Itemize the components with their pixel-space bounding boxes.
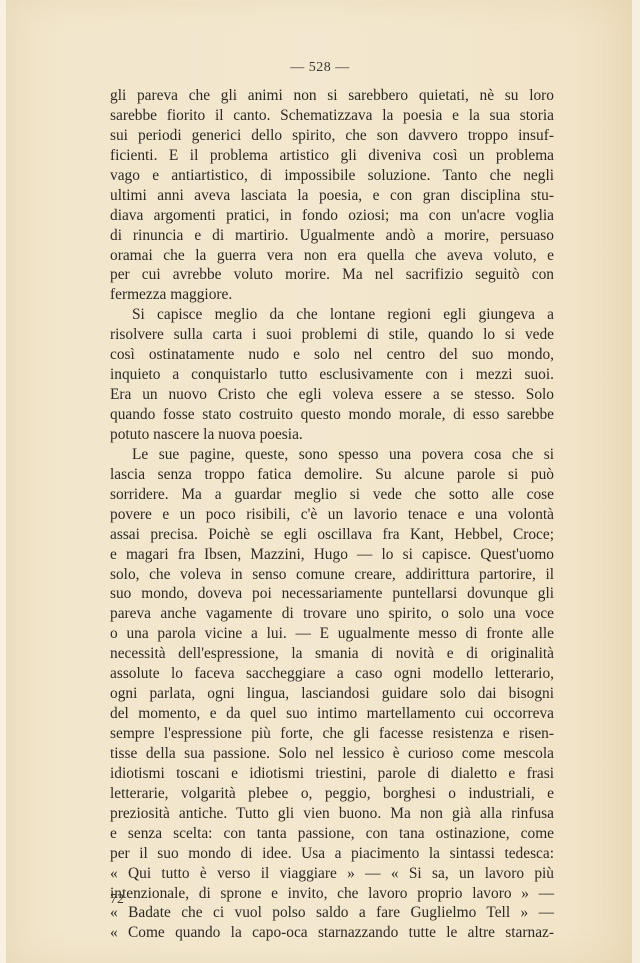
text-line: sui periodi generici dello spirito, che … [110, 126, 554, 146]
text-line: ficienti. E il problema artistico gli di… [110, 146, 554, 166]
text-line: « Qui tutto è verso il viaggiare » — « S… [110, 864, 554, 884]
body-text: gli pareva che gli animi non si sarebber… [110, 86, 554, 943]
text-line: di rinuncia e di martirio. Ugualmente an… [110, 226, 554, 246]
text-line: ogni parlata, ogni lingua, lasciandosi g… [110, 684, 554, 704]
text-line: oramai che la guerra vera non era quella… [110, 246, 554, 266]
text-line: « Badate che ci vuol polso saldo a fare … [110, 903, 554, 923]
printer-signature-mark: 72 [110, 892, 124, 908]
text-line: « Come quando la capo-oca starnazzando t… [110, 923, 554, 943]
text-line: assai precisa. Poichè se egli oscillava … [110, 525, 554, 545]
text-line: Era un nuovo Cristo che egli voleva esse… [110, 385, 554, 405]
text-line: suo mondo, doveva poi necessariamente pu… [110, 584, 554, 604]
text-line: tisse della sua passione. Solo nel lessi… [110, 744, 554, 764]
text-line: solo, che voleva in senso comune creare,… [110, 565, 554, 585]
text-line: povere e un poco risibili, c'è un lavori… [110, 505, 554, 525]
text-line: necessità dell'espressione, la smania di… [110, 644, 554, 664]
text-line: fermezza maggiore. [110, 285, 554, 305]
text-line: lascia senza troppo fatica demolire. Su … [110, 465, 554, 485]
text-line: o una parola vicine a lui. — E ugualment… [110, 624, 554, 644]
text-line: intenzionale, di sprone e invito, che la… [110, 884, 554, 904]
text-line: gli pareva che gli animi non si sarebber… [110, 86, 554, 106]
text-line: sempre l'espressione più forte, che gli … [110, 724, 554, 744]
text-line: così ostinatamente nudo e solo nel centr… [110, 345, 554, 365]
text-line: per il suo mondo di idee. Usa a piacimen… [110, 844, 554, 864]
text-line: per cui avrebbe voluto morire. Ma nel sa… [110, 265, 554, 285]
text-line: risolvere sulla carta i suoi problemi di… [110, 325, 554, 345]
text-line: ultimi anni aveva lasciata la poesia, e … [110, 186, 554, 206]
text-line: e senza scelta: con tanta passione, con … [110, 824, 554, 844]
text-line: sarebbe fiorito il canto. Schematizzava … [110, 106, 554, 126]
text-line: assolute lo faceva saccheggiare a caso o… [110, 664, 554, 684]
text-line: potuto nascere la nuova poesia. [110, 425, 554, 445]
text-line: idiotismi toscani e idiotismi triestini,… [110, 764, 554, 784]
text-line: Le sue pagine, queste, sono spesso una p… [110, 445, 554, 465]
paragraph: gli pareva che gli animi non si sarebber… [110, 86, 554, 305]
text-line: sorridere. Ma a guardar meglio si vede c… [110, 485, 554, 505]
text-line: quando fosse stato costruito questo mond… [110, 405, 554, 425]
text-line: pareva anche vagamente di trovare uno sp… [110, 604, 554, 624]
text-line: preziosità antiche. Tutto gli vien buono… [110, 804, 554, 824]
paragraph: Le sue pagine, queste, sono spesso una p… [110, 445, 554, 943]
text-line: e magari fra Ibsen, Mazzini, Hugo — lo s… [110, 545, 554, 565]
text-line: letterarie, volgarità plebee o, peggio, … [110, 784, 554, 804]
paragraph: Si capisce meglio da che lontane regioni… [110, 305, 554, 445]
text-line: vago e antiartistico, di impossibile sol… [110, 166, 554, 186]
text-line: Si capisce meglio da che lontane regioni… [110, 305, 554, 325]
page-right-edge [632, 0, 640, 963]
page-number-header: — 528 — [0, 60, 640, 76]
text-line: del momento, e da quel suo intimo martel… [110, 704, 554, 724]
text-line: diava argomenti pratici, in fondo oziosi… [110, 206, 554, 226]
text-line: inquieto a conquistarlo tutto esclusivam… [110, 365, 554, 385]
